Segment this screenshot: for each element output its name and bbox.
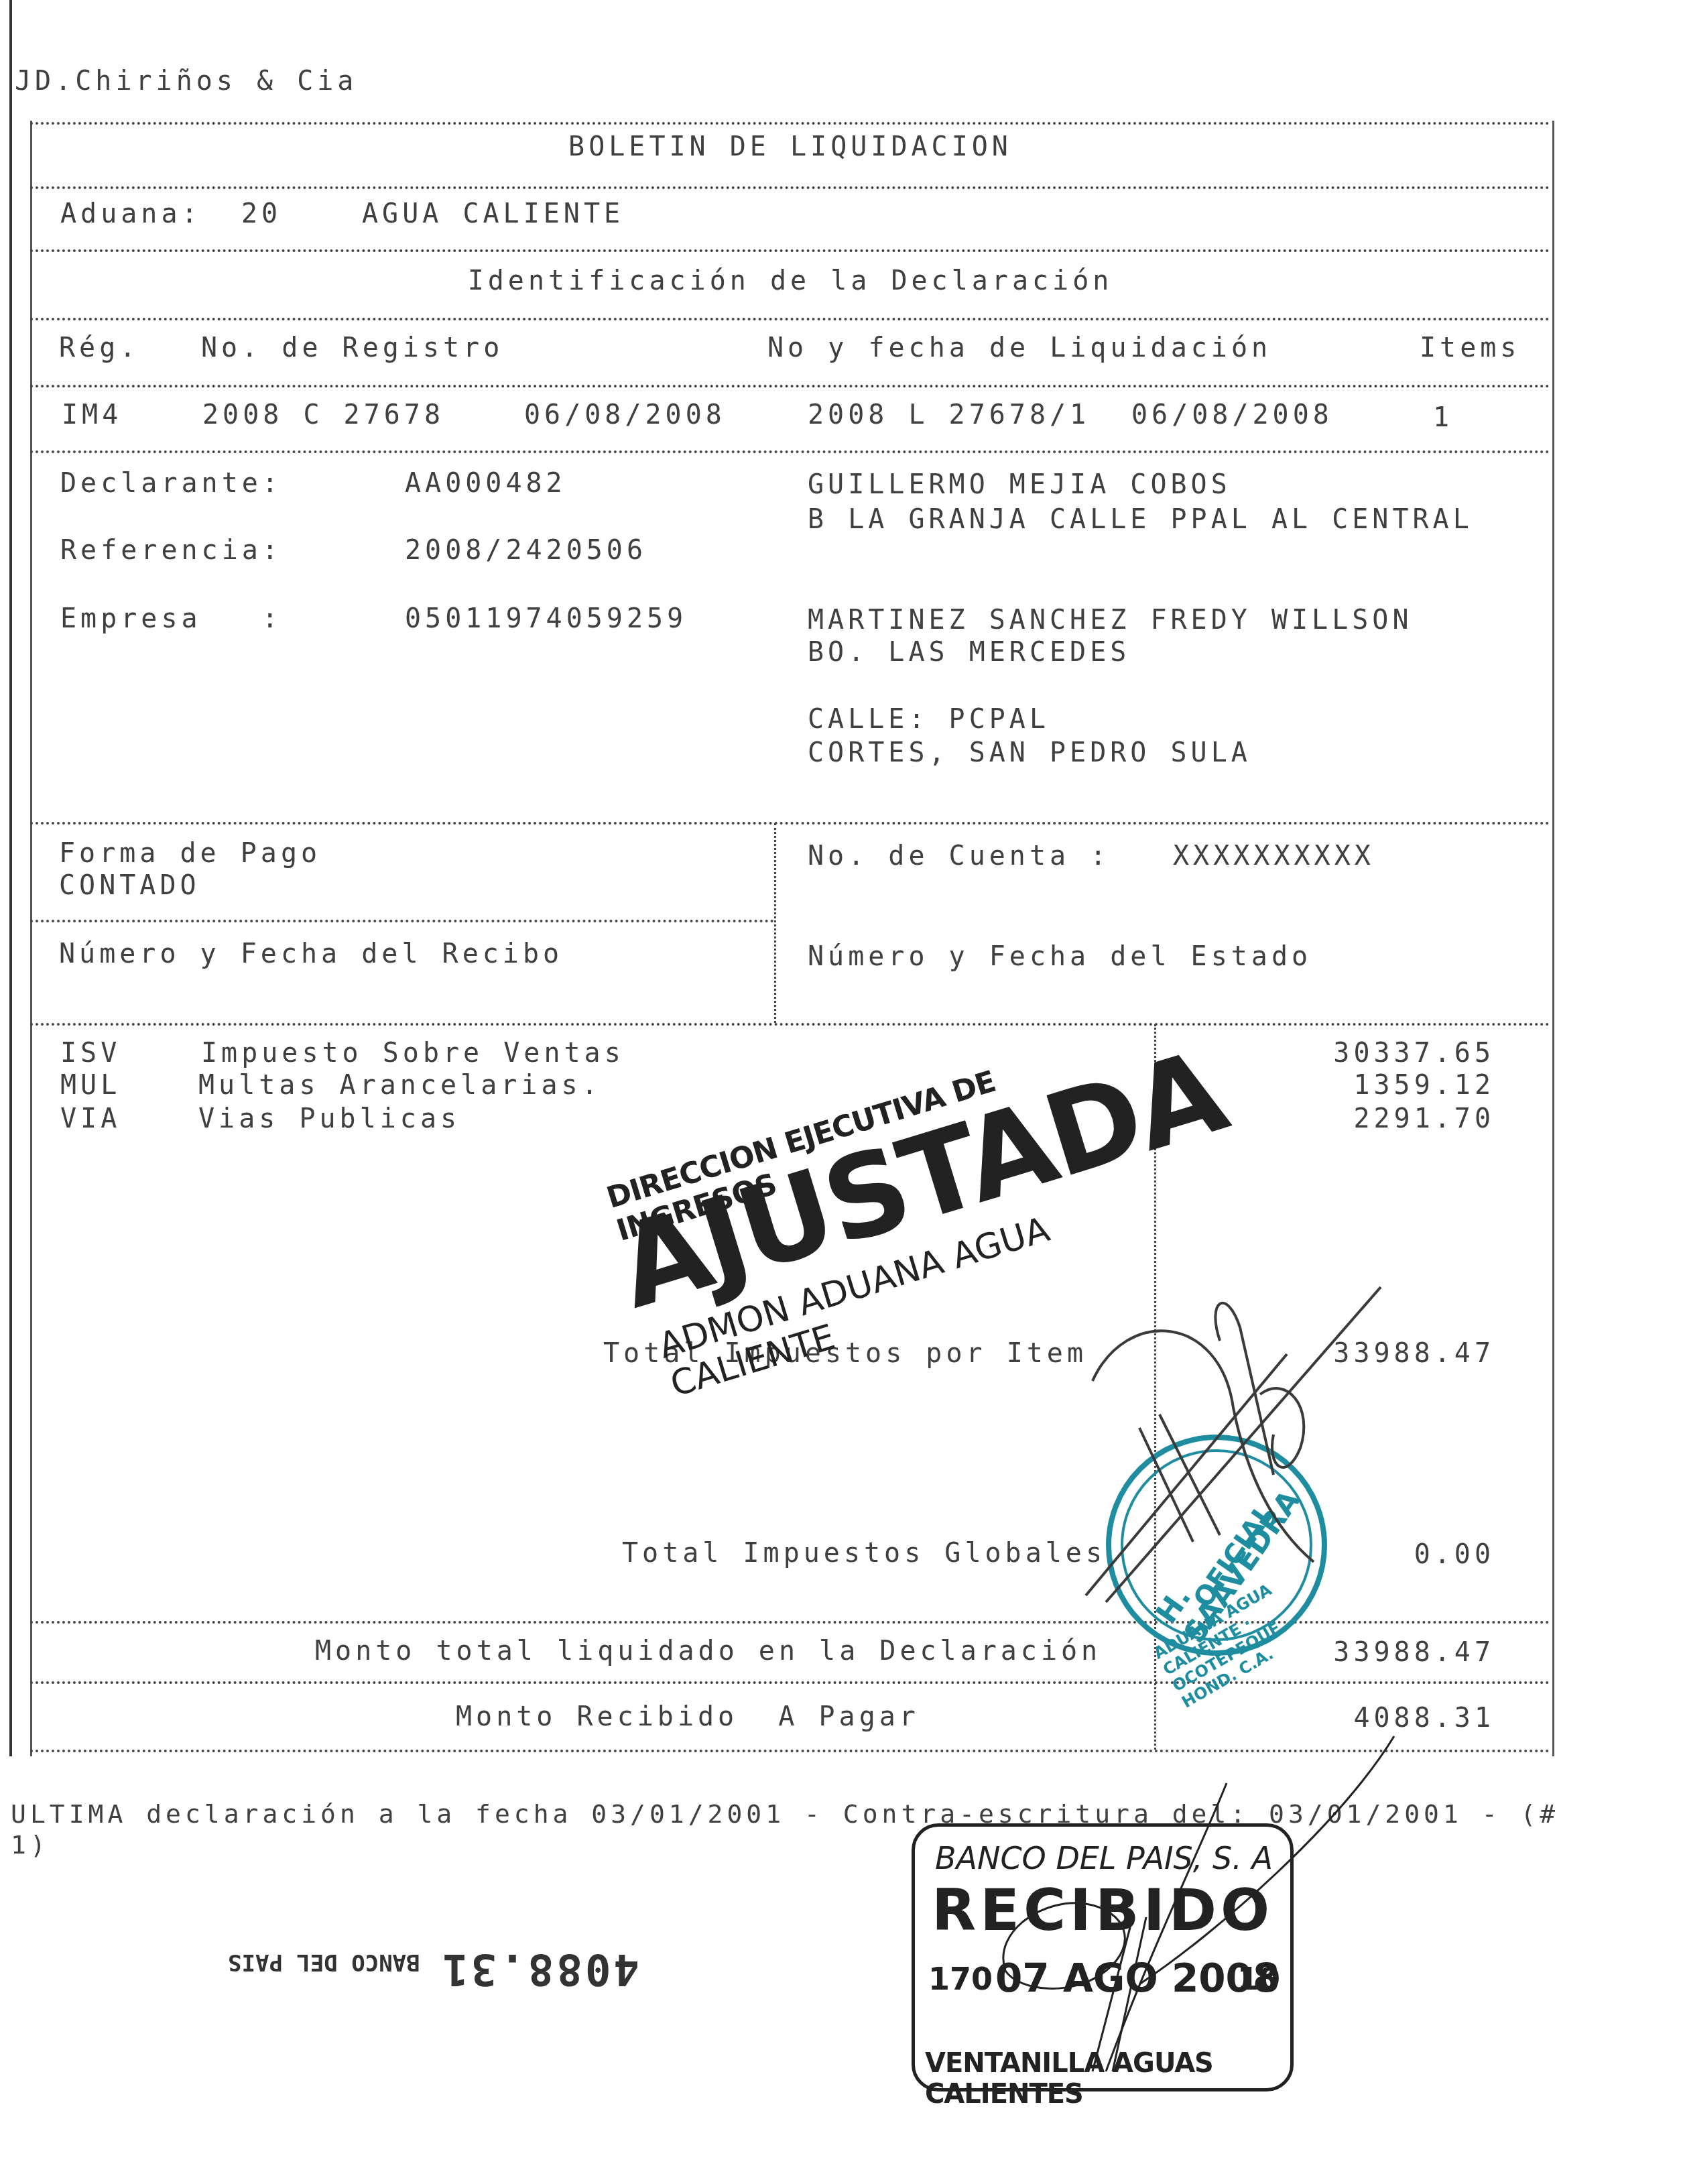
declarante-code: AA000482 (405, 468, 566, 499)
tax-description: Impuesto Sobre Ventas (201, 1038, 625, 1069)
mirrored-amount: 4088.31 (440, 1944, 639, 1994)
referencia-label: Referencia: (60, 535, 282, 566)
estado-label: Número y Fecha del Estado (808, 941, 1312, 972)
official-seal: H. SAAVEDRA OFICIAL ADUANA AGUA CALIENTE… (1106, 1435, 1327, 1656)
referencia-value: 2008/2420506 (405, 535, 647, 566)
rule (30, 385, 1550, 387)
total-por-item-value: 33988.47 (1206, 1338, 1495, 1369)
declarante-address: B LA GRANJA CALLE PPAL AL CENTRAL (808, 504, 1473, 535)
rule (30, 822, 1550, 825)
header-no-registro: No. de Registro (201, 332, 503, 363)
value-no-liquidacion: 2008 L 27678/1 (808, 400, 1090, 430)
rule (30, 1023, 1550, 1026)
cuenta-value: XXXXXXXXXX (1173, 841, 1375, 871)
rule (30, 318, 1550, 320)
recibo-label: Número y Fecha del Recibo (59, 938, 563, 969)
empresa-address-2: CALLE: PCPAL (808, 704, 1050, 735)
rule (30, 249, 1550, 252)
footer-note-line1: ULTIMA declaración a la fecha 03/01/2001… (11, 1799, 1559, 1829)
empresa-address-1: BO. LAS MERCEDES (808, 637, 1130, 668)
tax-code: MUL (60, 1070, 121, 1101)
bank-status: RECIBIDO (932, 1877, 1273, 1944)
rule (30, 122, 1550, 125)
tax-code: VIA (60, 1103, 121, 1134)
rule (30, 920, 774, 922)
mirrored-bank-imprint: 4088.31 BANCO DEL PAIS (228, 1944, 639, 1994)
document-title: BOLETIN DE LIQUIDACION (30, 131, 1550, 162)
tax-code: ISV (60, 1038, 121, 1069)
header-no-fecha-liquidacion: No y fecha de Liquidación (767, 332, 1271, 363)
declarante-label: Declarante: (60, 468, 282, 499)
rule (774, 823, 776, 1023)
value-reg: IM4 (62, 400, 122, 430)
rule (30, 186, 1550, 189)
bank-name: BANCO DEL PAIS, S. A (935, 1840, 1273, 1876)
declarante-name: GUILLERMO MEJIA COBOS (808, 469, 1231, 500)
bank-window: VENTANILLA AGUAS CALIENTES (925, 2048, 1290, 2110)
value-fecha-liquidacion: 06/08/2008 (1131, 400, 1333, 430)
footer-note-line2: 1) (11, 1830, 50, 1860)
company-name: JD.Chiriños & Cia (15, 66, 357, 97)
empresa-code: 05011974059259 (405, 603, 687, 634)
page-edge-rule (9, 0, 12, 1756)
cuenta-label: No. de Cuenta : (808, 841, 1110, 871)
mirrored-bank-name: BANCO DEL PAIS (228, 1949, 420, 1976)
monto-recibido-label: Monto Recibido A Pagar (456, 1701, 920, 1732)
empresa-name: MARTINEZ SANCHEZ FREDY WILLSON (808, 605, 1412, 635)
empresa-address-3: CORTES, SAN PEDRO SULA (808, 737, 1251, 768)
aduana-code: 20 (241, 198, 282, 229)
value-fecha-registro: 06/08/2008 (524, 400, 726, 430)
seal-title: OFICIAL (1188, 1498, 1281, 1613)
rule (30, 1750, 1550, 1752)
value-items: 1 (1433, 402, 1453, 433)
monto-total-label: Monto total liquidado en la Declaración (315, 1636, 1101, 1666)
aduana-label: Aduana: (60, 198, 202, 229)
rule (30, 1681, 1550, 1684)
aduana-name: AGUA CALIENTE (362, 198, 624, 229)
tax-amount: 1359.12 (1206, 1070, 1495, 1101)
section-identification: Identificación de la Declaración (30, 265, 1550, 296)
bank-seq: 170 (928, 1961, 993, 1997)
monto-recibido-value: 4088.31 (1206, 1703, 1495, 1734)
bank-terminal: 10 (1237, 1961, 1280, 1997)
header-items: Items (1420, 332, 1520, 363)
bank-received-stamp: BANCO DEL PAIS, S. A RECIBIDO 170 07 AGO… (912, 1823, 1294, 2091)
header-reg: Rég. (59, 332, 139, 363)
total-globales-label: Total Impuestos Globales (622, 1538, 1106, 1569)
rule (30, 450, 1550, 453)
tax-description: Vias Publicas (198, 1103, 460, 1134)
empresa-label: Empresa : (60, 603, 282, 634)
tax-amount: 2291.70 (1206, 1103, 1495, 1134)
value-no-registro: 2008 C 27678 (202, 400, 444, 430)
forma-pago-value: CONTADO (59, 870, 200, 901)
tax-description: Multas Arancelarias. (198, 1070, 602, 1101)
forma-pago-label: Forma de Pago (59, 838, 321, 869)
tax-amount: 30337.65 (1206, 1038, 1495, 1069)
